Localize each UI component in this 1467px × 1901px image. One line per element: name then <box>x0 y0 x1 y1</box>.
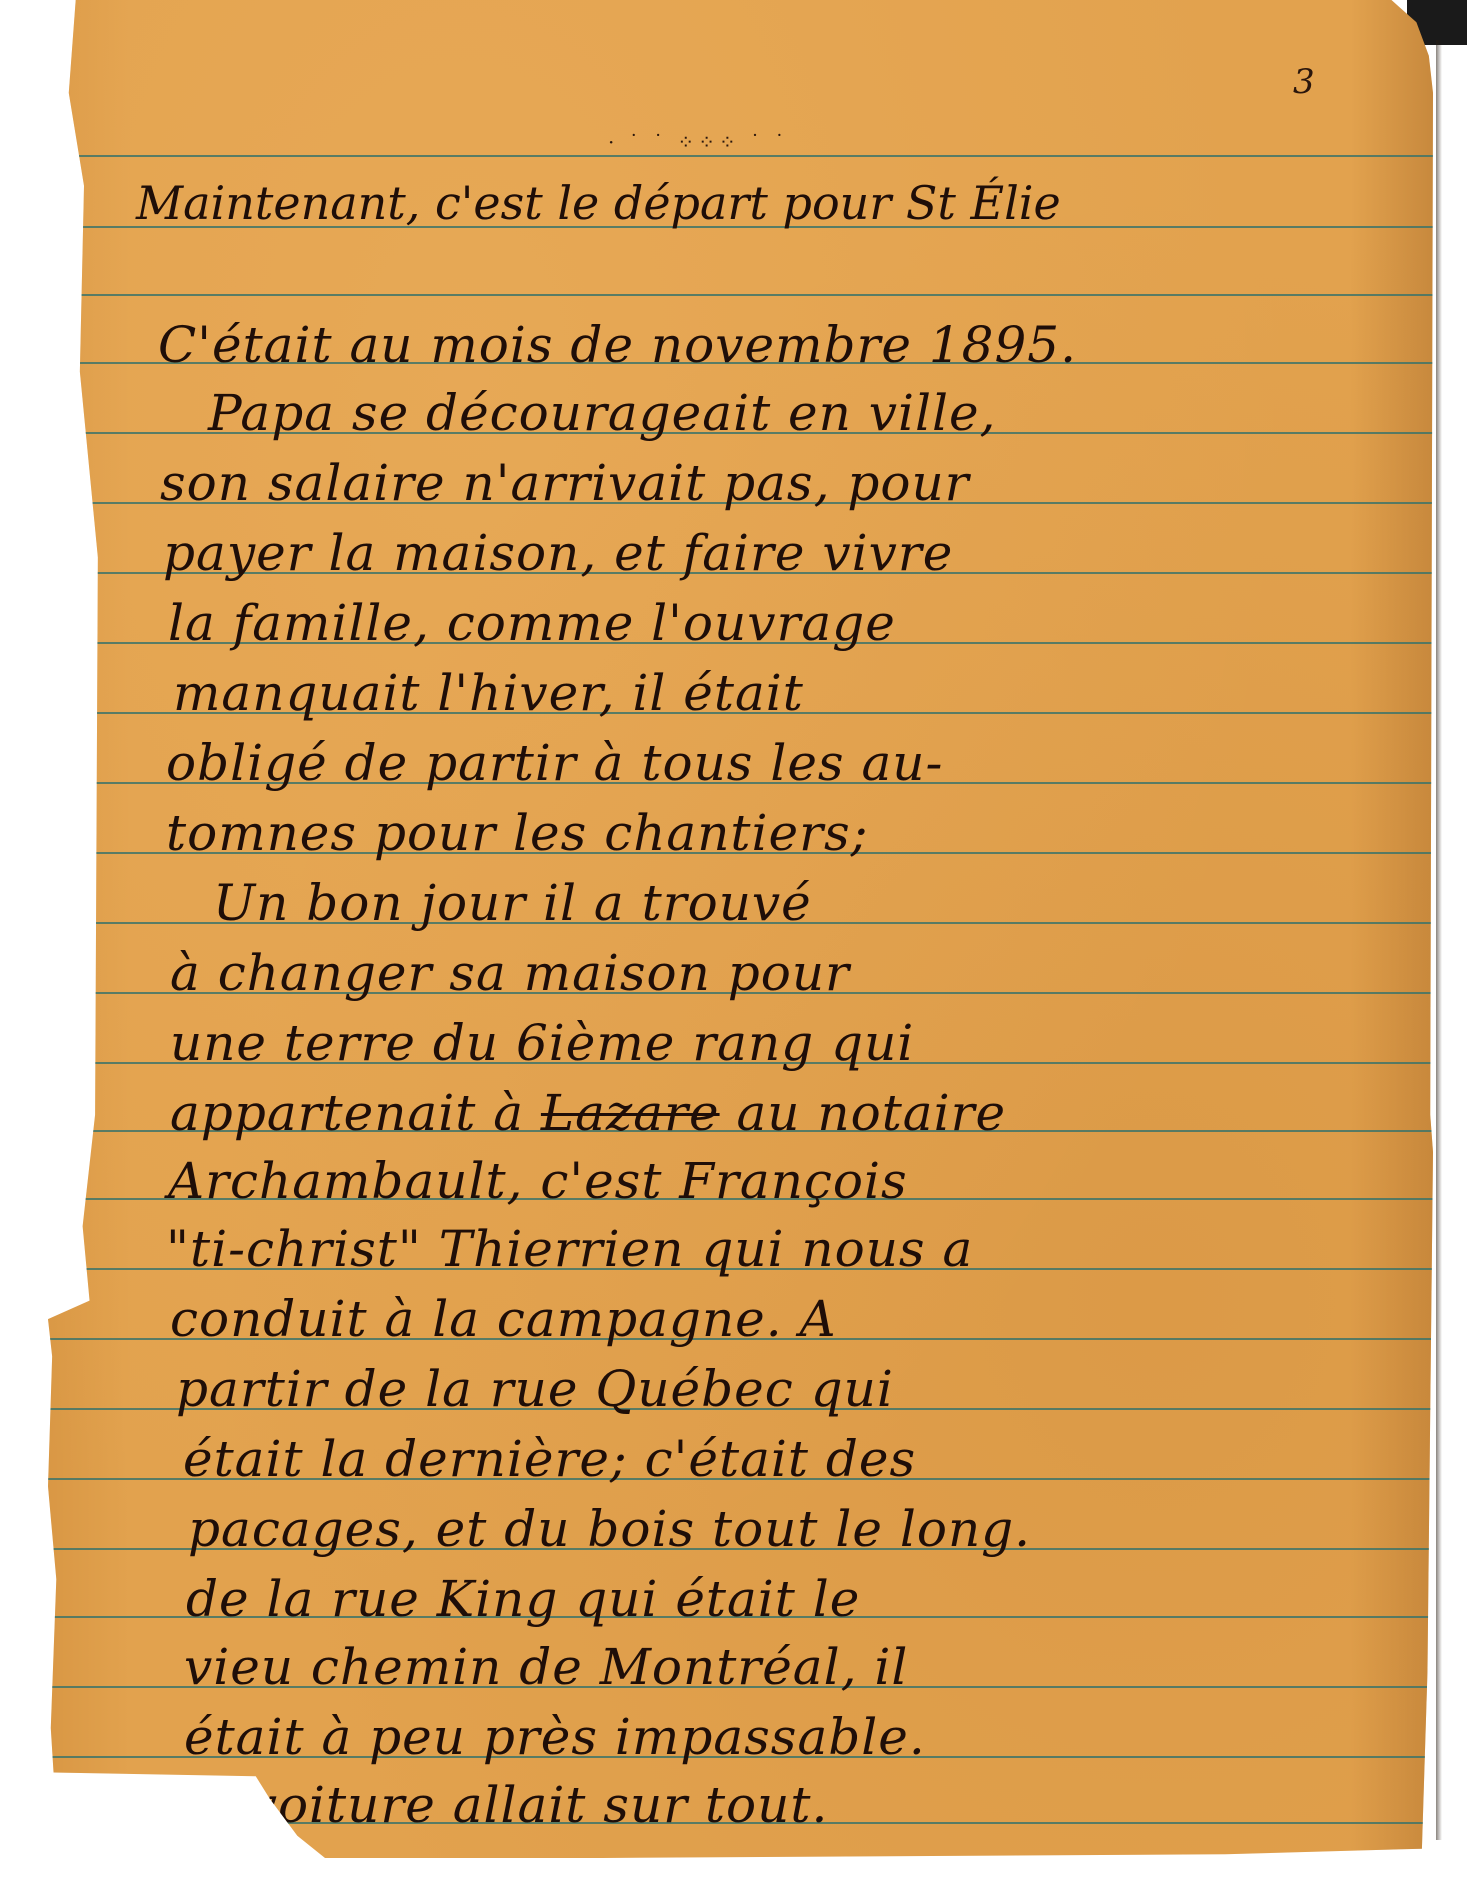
page-edge-shadow <box>1436 40 1442 1840</box>
struck-out-word: Lazare <box>541 1084 720 1142</box>
text-line: son salaire n'arrivait pas, pour <box>160 454 970 512</box>
text-line: obligé de partir à tous les au- <box>166 734 943 792</box>
manuscript-page: 3 · ˙ ˙ ⁘⁘⁘ ˙ ˙ Maintenant, c'est le dép… <box>48 0 1433 1858</box>
text-line: Un bon jour il a trouvé <box>213 874 812 932</box>
text-line: payer la maison, et faire vivre <box>163 524 953 582</box>
page-heading: Maintenant, c'est le départ pour St Élie <box>136 176 1061 230</box>
text-line: vieu chemin de Montréal, il <box>184 1638 908 1696</box>
ink-speckles: · ˙ ˙ ⁘⁘⁘ ˙ ˙ <box>608 130 788 154</box>
text-line: partir de la rue Québec qui <box>176 1360 894 1418</box>
text-line: Archambault, c'est François <box>168 1152 908 1210</box>
text-line: C'était au mois de novembre 1895. <box>158 316 1077 374</box>
text-line: la famille, comme l'ouvrage <box>168 594 896 652</box>
text-line: de la rue King qui était le <box>186 1570 860 1628</box>
text-line: tomnes pour les chantiers; <box>166 804 869 862</box>
text-line: pacages, et du bois tout le long. <box>188 1500 1031 1558</box>
text-line: conduit à la campagne. A <box>170 1290 837 1348</box>
text-line: la voiture allait sur tout. <box>184 1776 828 1834</box>
text-line: à changer sa maison pour <box>170 944 850 1002</box>
text-line: "ti-christ" Thierrien qui nous a <box>166 1220 973 1278</box>
page-number: 3 <box>1293 62 1315 102</box>
text-line: était la dernière; c'était des <box>183 1430 916 1488</box>
rule-line <box>48 155 1433 157</box>
text-line: manquait l'hiver, il était <box>173 664 804 722</box>
text-line: une terre du 6ième rang qui <box>170 1014 914 1072</box>
text-line: Papa se décourageait en ville, <box>208 384 996 442</box>
text-segment: au notaire <box>736 1084 1006 1142</box>
rule-line <box>48 294 1433 296</box>
text-line: était à peu près impassable. <box>184 1708 926 1766</box>
text-line: appartenait à Lazare au notaire <box>170 1084 1006 1142</box>
text-segment: appartenait à <box>170 1084 524 1142</box>
